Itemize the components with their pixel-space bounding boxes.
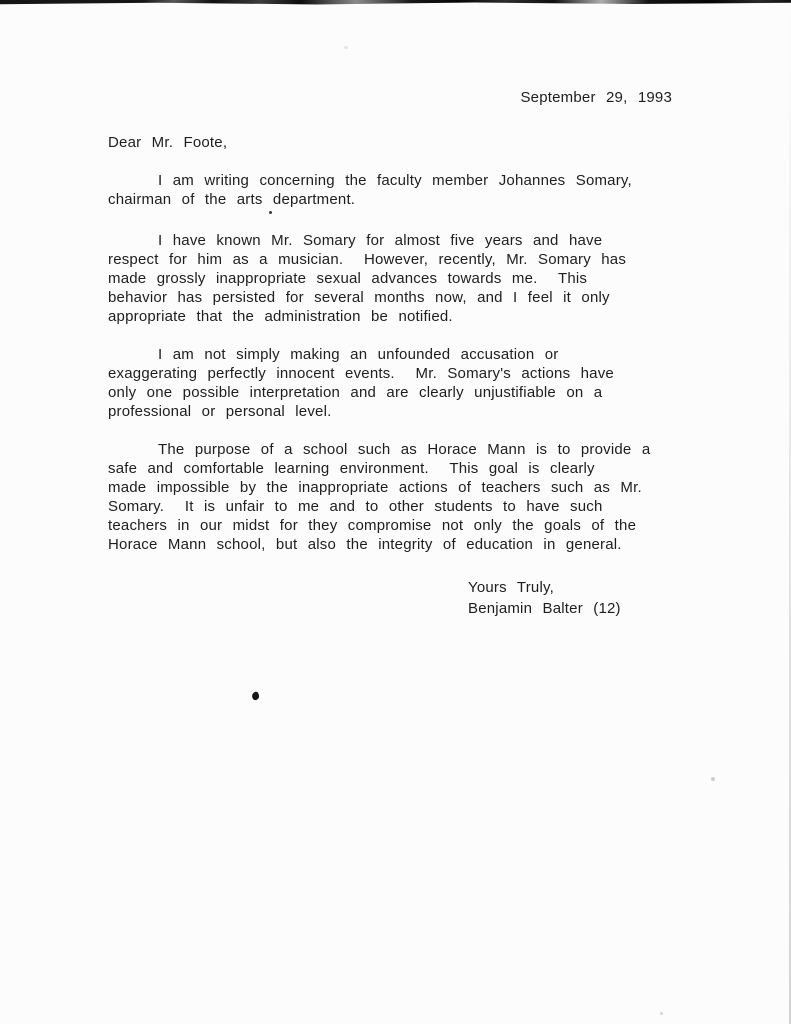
letter-line: Somary. It is unfair to me and to other … — [108, 497, 672, 516]
ink-blot-artifact — [251, 691, 260, 701]
letter-line: professional or personal level. — [108, 402, 672, 421]
letter-line: teachers in our midst for they compromis… — [108, 516, 672, 535]
letter-line: exaggerating perfectly innocent events. … — [108, 364, 672, 383]
stray-dot-artifact — [269, 211, 272, 214]
letter-line: I have known Mr. Somary for almost five … — [108, 231, 672, 250]
letter-line: I am not simply making an unfounded accu… — [108, 345, 672, 364]
letter-salutation: Dear Mr. Foote, — [108, 133, 672, 152]
scanned-letter-page: September 29, 1993 Dear Mr. Foote, I am … — [0, 0, 791, 1024]
scan-speck — [711, 777, 715, 781]
paragraph-2: I have known Mr. Somary for almost five … — [108, 231, 672, 326]
signature-name: Benjamin Balter (12) — [468, 598, 672, 619]
paragraph-4: The purpose of a school such as Horace M… — [108, 440, 672, 554]
scan-speck — [344, 46, 348, 49]
letter-line: made impossible by the inappropriate act… — [108, 478, 672, 497]
letter-line: behavior has persisted for several month… — [108, 288, 672, 307]
letter-line: I am writing concerning the faculty memb… — [108, 171, 672, 190]
letter-line: only one possible interpretation and are… — [108, 383, 672, 402]
scan-edge-artifact-top — [0, 0, 791, 5]
paragraph-1: I am writing concerning the faculty memb… — [108, 171, 672, 209]
letter-body: September 29, 1993 Dear Mr. Foote, I am … — [108, 88, 672, 619]
letter-line: appropriate that the administration be n… — [108, 307, 672, 326]
letter-line: made grossly inappropriate sexual advanc… — [108, 269, 672, 288]
letter-line: chairman of the arts department. — [108, 190, 672, 209]
closing-phrase: Yours Truly, — [468, 577, 672, 598]
letter-closing: Yours Truly, Benjamin Balter (12) — [468, 577, 672, 619]
letter-line: respect for him as a musician. However, … — [108, 250, 672, 269]
letter-date: September 29, 1993 — [108, 88, 672, 107]
letter-line: Horace Mann school, but also the integri… — [108, 535, 672, 554]
scan-speck — [660, 1012, 663, 1015]
paragraph-3: I am not simply making an unfounded accu… — [108, 345, 672, 421]
letter-line: safe and comfortable learning environmen… — [108, 459, 672, 478]
letter-line: The purpose of a school such as Horace M… — [108, 440, 672, 459]
